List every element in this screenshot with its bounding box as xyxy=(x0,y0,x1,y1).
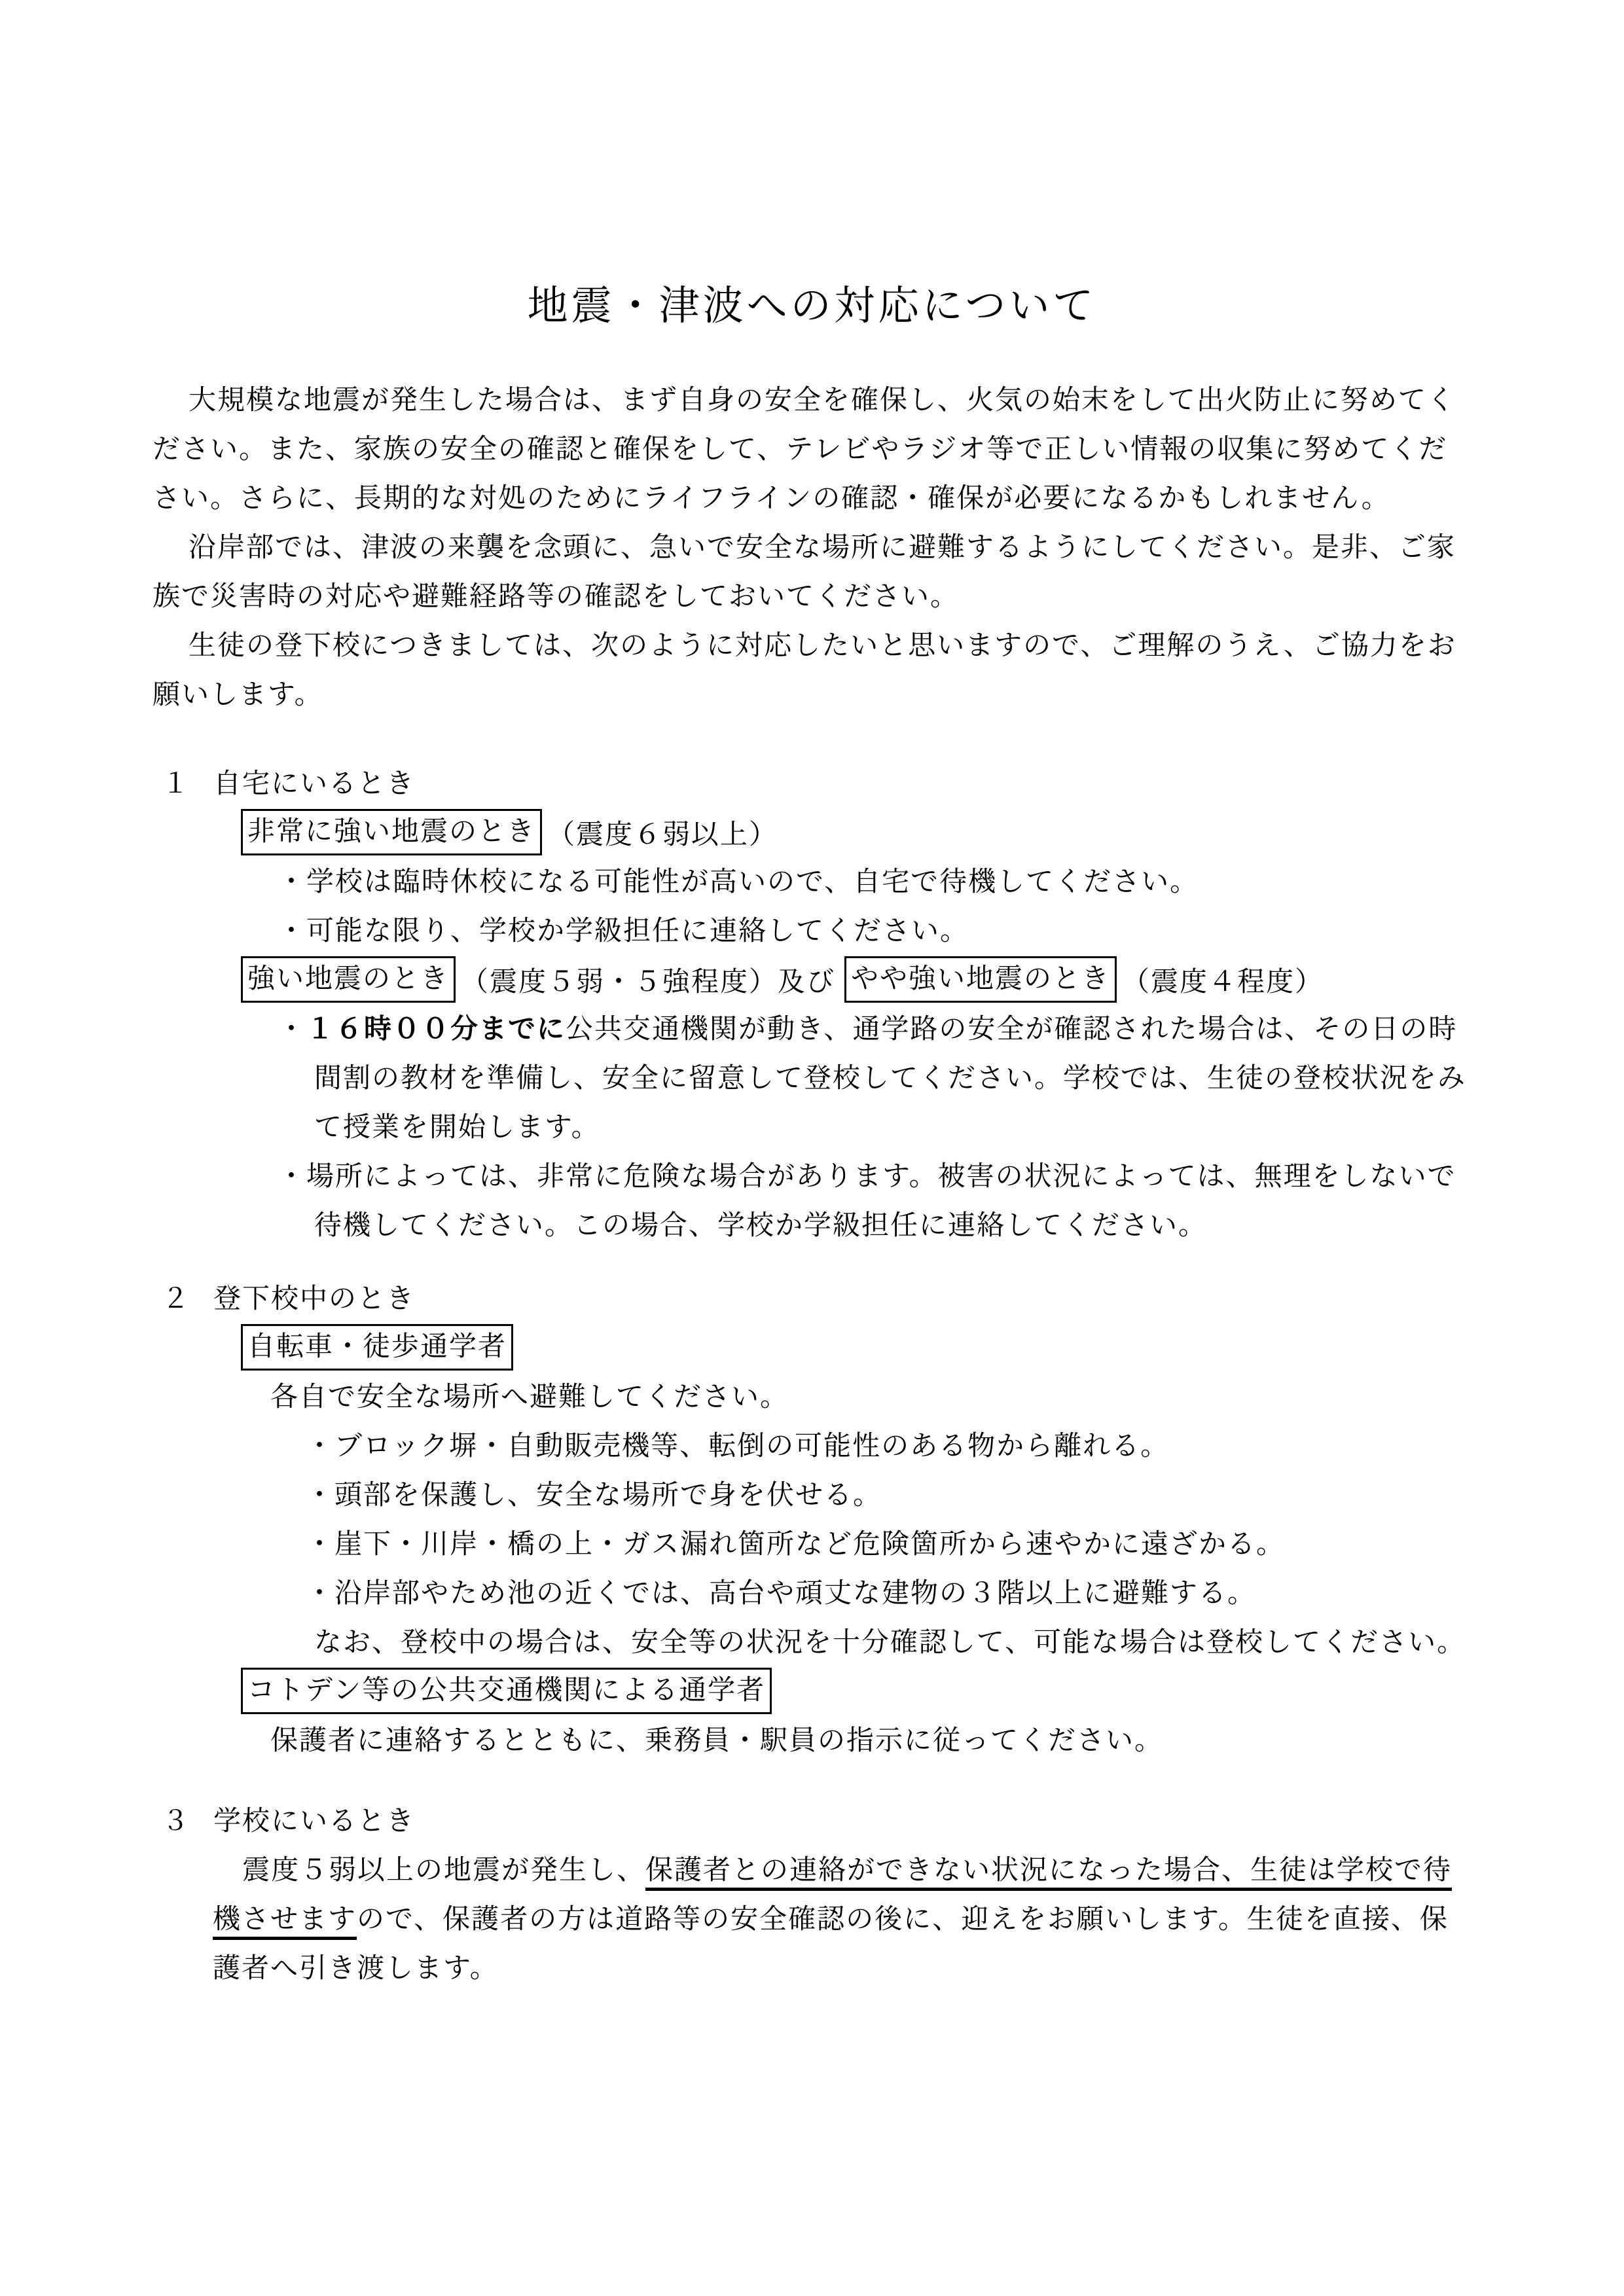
section2-line2: 保護者に連絡するとともに、乗務員・駅員の指示に従ってください。 xyxy=(270,1715,1624,1765)
section2-note: なお、登校中の場合は、安全等の状況を十分確認して、可能な場合は登校してください。 xyxy=(314,1617,1624,1666)
section2-box-line1: 自転車・徒歩通学者 xyxy=(241,1323,1624,1372)
section1-bullet3-cont1: 間割の教材を準備し、安全に留意して登校してください。学校では、生徒の登校状況をみ xyxy=(314,1053,1624,1102)
intro-p2-line2: 族で災害時の対応や避難経路等の確認をしておいてください。 xyxy=(153,571,1624,620)
intro-p3-line1: 生徒の登下校につきましては、次のように対応したいと思いますので、ご理解のうえ、ご… xyxy=(189,620,1624,670)
section3-line2: 機させますので、保護者の方は道路等の安全確認の後に、迎えをお願いします。生徒を直… xyxy=(213,1894,1624,1943)
section1-title: 自宅にいるとき xyxy=(213,768,415,798)
page-title: 地震・津波への対応について xyxy=(0,278,1624,334)
section2-title: 登下校中のとき xyxy=(213,1283,415,1314)
section2-bullet2: ・頭部を保護し、安全な場所で身を伏せる。 xyxy=(306,1470,1624,1519)
intro-p1-line2: ださい。また、家族の安全の確認と確保をして、テレビやラジオ等で正しい情報の収集に… xyxy=(153,424,1624,473)
label-box-somewhat-strong-quake: やや強い地震のとき xyxy=(844,956,1117,1002)
bullet3-rest: 公共交通機関が動き、通学路の安全が確認された場合は、その日の時 xyxy=(566,1013,1457,1044)
section1-bullet1: ・学校は臨時休校になる可能性が高いので、自宅で待機してください。 xyxy=(278,857,1624,906)
section1-bullet4: ・場所によっては、非常に危険な場合があります。被害の状況によっては、無理をしない… xyxy=(278,1151,1624,1200)
section1-number: １ xyxy=(162,768,190,798)
section1-bullet2: ・可能な限り、学校か学級担任に連絡してください。 xyxy=(278,906,1624,955)
section3-line1-underlined: 保護者との連絡ができない状況になった場合、生徒は学校で待 xyxy=(645,1854,1452,1891)
section1-heading: １自宅にいるとき xyxy=(162,759,1624,808)
section2-bullet1: ・ブロック塀・自動販売機等、転倒の可能性のある物から離れる。 xyxy=(306,1421,1624,1470)
strong-quake-intensity: （震度５弱・５強程度）及び xyxy=(461,960,835,999)
label-box-public-transit-commuters: コトデン等の公共交通機関による通学者 xyxy=(241,1668,772,1713)
label-box-strong-quake: 強い地震のとき xyxy=(241,956,456,1002)
intro-p1-line3: さい。さらに、長期的な対処のためにライフラインの確認・確保が必要になるかもしれま… xyxy=(153,473,1624,522)
section2-box-line2: コトデン等の公共交通機関による通学者 xyxy=(241,1666,1624,1715)
section1-box-line1: 非常に強い地震のとき （震度６弱以上） xyxy=(241,808,1624,857)
section1-box-line2: 強い地震のとき （震度５弱・５強程度）及び やや強い地震のとき （震度４程度） xyxy=(241,955,1624,1004)
section3-line1-normal: 震度５弱以上の地震が発生し、 xyxy=(242,1854,645,1885)
section1-bullet3-cont2: て授業を開始します。 xyxy=(314,1102,1624,1151)
section3-line1: 震度５弱以上の地震が発生し、保護者との連絡ができない状況になった場合、生徒は学校… xyxy=(242,1845,1624,1894)
section2-bullet4: ・沿岸部やため池の近くでは、高台や頑丈な建物の３階以上に避難する。 xyxy=(306,1568,1624,1617)
section3-heading: ３学校にいるとき xyxy=(162,1796,1624,1845)
section3-line2-normal: ので、保護者の方は道路等の安全確認の後に、迎えをお願いします。生徒を直接、保 xyxy=(357,1903,1449,1934)
section1-bullet3: ・１６時００分までに公共交通機関が動き、通学路の安全が確認された場合は、その日の… xyxy=(278,1004,1624,1053)
section3-title: 学校にいるとき xyxy=(213,1805,415,1836)
section3-number: ３ xyxy=(162,1805,190,1836)
section3-line2-underlined: 機させます xyxy=(213,1903,357,1940)
section1-bullet4-cont: 待機してください。この場合、学校か学級担任に連絡してください。 xyxy=(314,1200,1624,1249)
section2-number: ２ xyxy=(162,1283,190,1314)
intro-p2-line1: 沿岸部では、津波の来襲を念頭に、急いで安全な場所に避難するようにしてください。是… xyxy=(189,522,1624,571)
very-strong-quake-intensity: （震度６弱以上） xyxy=(547,813,778,852)
bullet3-marker: ・ xyxy=(278,1013,306,1044)
somewhat-strong-quake-intensity: （震度４程度） xyxy=(1122,960,1324,999)
section2-line1: 各自で安全な場所へ避難してください。 xyxy=(270,1372,1624,1421)
label-box-bicycle-walk-commuters: 自転車・徒歩通学者 xyxy=(241,1324,513,1370)
section2-bullet3: ・崖下・川岸・橋の上・ガス漏れ箇所など危険箇所から速やかに遠ざかる。 xyxy=(306,1519,1624,1568)
document-page: 地震・津波への対応について 大規模な地震が発生した場合は、まず自身の安全を確保し… xyxy=(0,0,1624,2296)
section3-line3: 護者へ引き渡します。 xyxy=(213,1943,1624,1992)
intro-p3-line2: 願いします。 xyxy=(153,670,1624,719)
intro-p1-line1: 大規模な地震が発生した場合は、まず自身の安全を確保し、火気の始末をして出火防止に… xyxy=(189,375,1624,424)
label-box-very-strong-quake: 非常に強い地震のとき xyxy=(241,809,542,855)
section2-heading: ２登下校中のとき xyxy=(162,1274,1624,1323)
bullet3-deadline-bold: １６時００分までに xyxy=(306,1013,566,1044)
